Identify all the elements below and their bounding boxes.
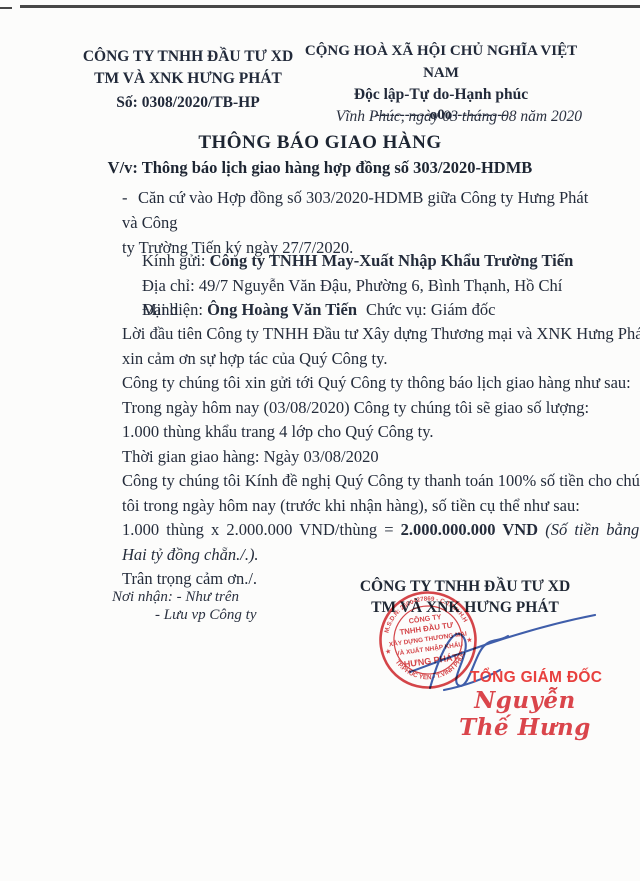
issuer-company-name-2: TM VÀ XNK HƯNG PHÁT bbox=[72, 68, 304, 90]
recipient-company-name: Công ty TNHH May-Xuất Nhập Khẩu Trường T… bbox=[210, 251, 574, 270]
body-line: tôi trong ngày hôm nay (trước khi nhận h… bbox=[122, 494, 596, 519]
body-paragraphs: Lời đầu tiên Công ty TNHH Đầu tư Xây dựn… bbox=[122, 322, 596, 592]
amount-formula: 1.000 thùng x 2.000.000 VND/thùng = bbox=[122, 520, 401, 539]
amount-total: 2.000.000.000 VND bbox=[401, 520, 538, 539]
body-line: 1.000 thùng khẩu trang 4 lớp cho Quý Côn… bbox=[122, 420, 596, 445]
rep-label: Đại diện: bbox=[142, 300, 207, 319]
document-subject: V/v: Thông báo lịch giao hàng hợp đồng s… bbox=[0, 158, 640, 178]
amount-in-words: Hai tỷ đồng chẵn./.). bbox=[122, 543, 596, 568]
noi-nhan-line-1: Nơi nhận: - Như trên bbox=[112, 587, 239, 607]
issuer-company-block: CÔNG TY TNHH ĐẦU TƯ XD TM VÀ XNK HƯNG PH… bbox=[72, 46, 304, 114]
national-motto: Độc lập-Tự do-Hạnh phúc bbox=[298, 84, 584, 106]
scan-edge-line bbox=[20, 5, 640, 8]
amount-in-words-label: (Số tiền bằng chữ: bbox=[538, 520, 640, 539]
recipient-address-line: Địa chỉ: 49/7 Nguyễn Văn Đậu, Phường 6, … bbox=[142, 274, 592, 299]
rep-role: Chức vụ: Giám đốc bbox=[366, 298, 495, 323]
recipient-block: Kính gửi: Công ty TNHH May-Xuất Nhập Khẩ… bbox=[142, 249, 592, 323]
national-title: CỘNG HOÀ XÃ HỘI CHỦ NGHĨA VIỆT NAM bbox=[298, 40, 584, 84]
basis-line-1: -Căn cứ vào Hợp đồng số 303/2020-HDMB gi… bbox=[122, 185, 590, 235]
body-line: Công ty chúng tôi xin gửi tới Quý Công t… bbox=[122, 371, 596, 396]
scan-edge-line bbox=[0, 7, 12, 9]
body-line: xin cảm ơn sự hợp tác của Quý Công ty. bbox=[122, 347, 596, 372]
recipient-company-line: Kính gửi: Công ty TNHH May-Xuất Nhập Khẩ… bbox=[142, 249, 592, 274]
basis-text-1: Căn cứ vào Hợp đồng số 303/2020-HDMB giữ… bbox=[122, 188, 588, 232]
issuer-company-name-1: CÔNG TY TNHH ĐẦU TƯ XD bbox=[72, 46, 304, 68]
rep-name: Ông Hoàng Văn Tiến bbox=[207, 300, 357, 319]
bullet-dash: - bbox=[122, 185, 138, 210]
body-line: Trong ngày hôm nay (03/08/2020) Công ty … bbox=[122, 396, 596, 421]
kinh-gui-label: Kính gửi: bbox=[142, 251, 210, 270]
document-title: THÔNG BÁO GIAO HÀNG bbox=[0, 132, 640, 154]
dateline: Vĩnh Phúc, ngày 03 tháng 08 năm 2020 bbox=[300, 108, 582, 126]
document-number: Số: 0308/2020/TB-HP bbox=[72, 92, 304, 114]
amount-line: 1.000 thùng x 2.000.000 VND/thùng = 2.00… bbox=[122, 518, 596, 543]
recipient-rep-line: Đại diện: Ông Hoàng Văn Tiến Chức vụ: Gi… bbox=[142, 298, 592, 323]
document-page: CÔNG TY TNHH ĐẦU TƯ XD TM VÀ XNK HƯNG PH… bbox=[0, 0, 640, 881]
body-line: Lời đầu tiên Công ty TNHH Đầu tư Xây dựn… bbox=[122, 322, 596, 347]
sign-name: Nguyễn Thế Hưng bbox=[445, 687, 605, 741]
stamp-star-left-icon: ★ bbox=[385, 647, 392, 656]
body-line: Công ty chúng tôi Kính đề nghị Quý Công … bbox=[122, 469, 596, 494]
body-line: Thời gian giao hàng: Ngày 03/08/2020 bbox=[122, 445, 596, 470]
noi-nhan-line-2: - Lưu vp Công ty bbox=[155, 607, 257, 624]
sign-title: TỔNG GIÁM ĐỐC bbox=[470, 669, 602, 687]
